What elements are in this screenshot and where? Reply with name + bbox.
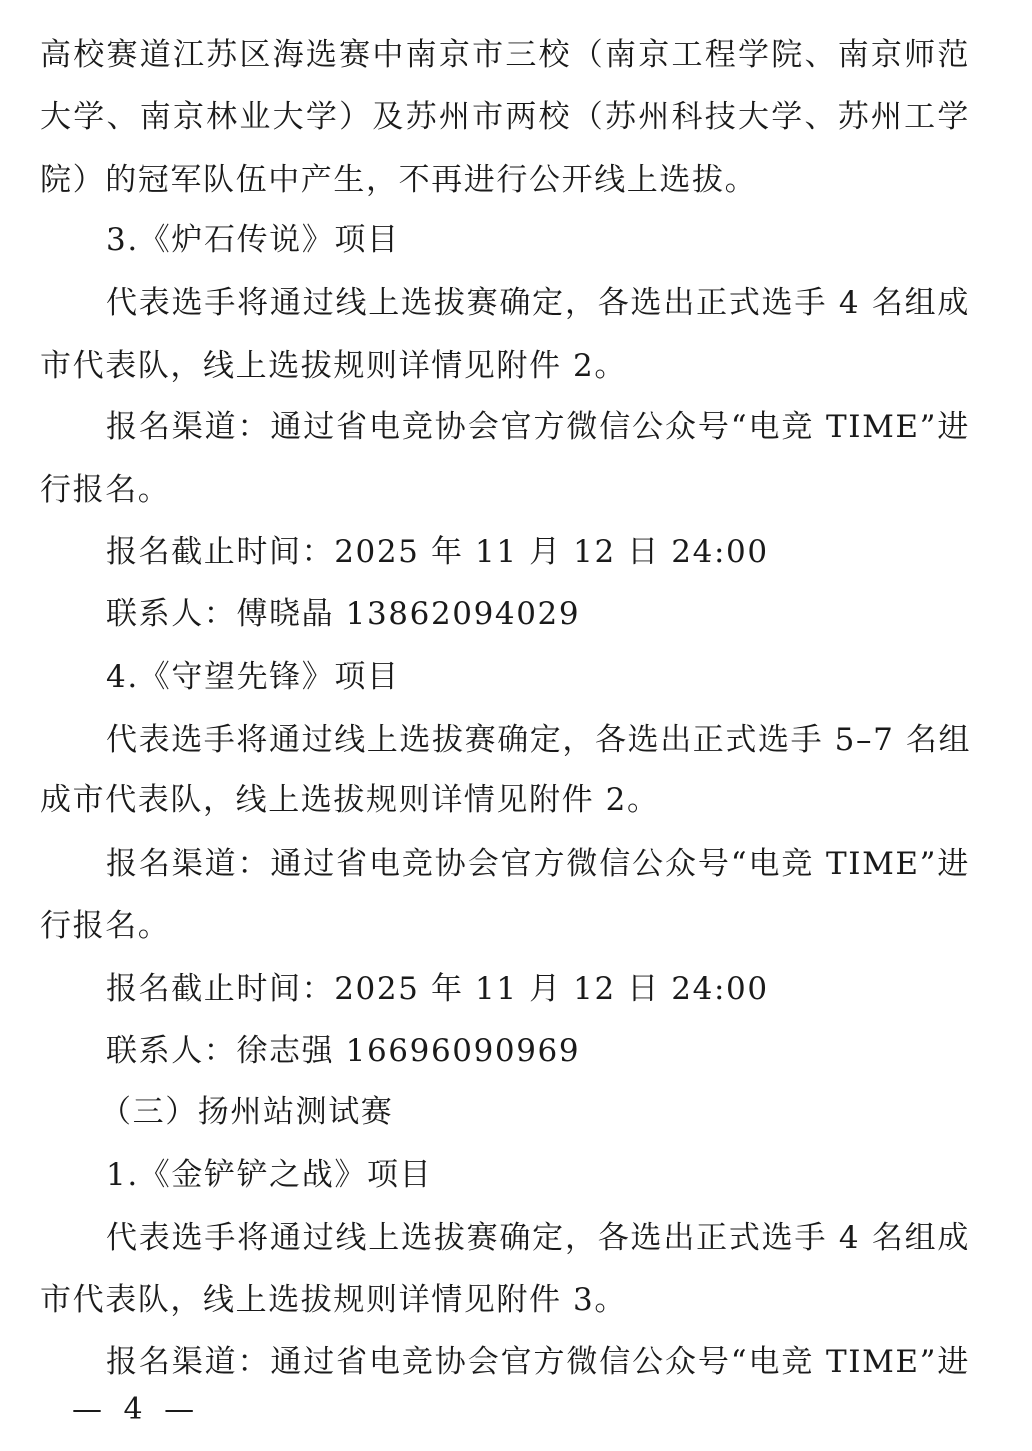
registration-deadline-1: 报名截止时间：2025 年 11 月 12 日 24:00 — [106, 530, 970, 574]
paragraph-line-3: 院）的冠军队伍中产生，不再进行公开线上选拔。 — [40, 158, 970, 202]
paragraph-line-1: 高校赛道江苏区海选赛中南京市三校（南京工程学院、南京师范 — [40, 33, 970, 77]
section-heading-overwatch: 4.《守望先锋》项目 — [106, 655, 970, 699]
paragraph-line-2: 大学、南京林业大学）及苏州市两校（苏州科技大学、苏州工学 — [40, 95, 970, 139]
paragraph-line-20: 代表选手将通过线上选拔赛确定，各选出正式选手 4 名组成 — [106, 1216, 970, 1260]
contact-person-2: 联系人：徐志强 16696090969 — [106, 1029, 970, 1073]
paragraph-line-6: 市代表队，线上选拔规则详情见附件 2。 — [40, 344, 970, 388]
paragraph-line-13: 成市代表队，线上选拔规则详情见附件 2。 — [40, 778, 970, 822]
registration-channel-line-5: 报名渠道：通过省电竞协会官方微信公众号“电竞 TIME”进 — [106, 1340, 970, 1384]
registration-channel-line-4: 行报名。 — [40, 904, 970, 948]
registration-channel-line-2: 行报名。 — [40, 468, 970, 512]
paragraph-line-12: 代表选手将通过线上选拔赛确定，各选出正式选手 5–7 名组 — [106, 718, 970, 762]
registration-channel-line-1: 报名渠道：通过省电竞协会官方微信公众号“电竞 TIME”进 — [106, 405, 970, 449]
registration-deadline-2: 报名截止时间：2025 年 11 月 12 日 24:00 — [106, 967, 970, 1011]
page-number: — 4 — — [72, 1390, 200, 1430]
section-heading-hearthstone: 3.《炉石传说》项目 — [106, 218, 970, 262]
contact-person-1: 联系人：傅晓晶 13862094029 — [106, 592, 970, 636]
section-heading-golden-spatula: 1.《金铲铲之战》项目 — [106, 1153, 970, 1197]
paragraph-line-5: 代表选手将通过线上选拔赛确定，各选出正式选手 4 名组成 — [106, 281, 970, 325]
section-heading-yangzhou: （三）扬州站测试赛 — [100, 1090, 1030, 1134]
registration-channel-line-3: 报名渠道：通过省电竞协会官方微信公众号“电竞 TIME”进 — [106, 842, 970, 886]
paragraph-line-21: 市代表队，线上选拔规则详情见附件 3。 — [40, 1278, 970, 1322]
document-page: 高校赛道江苏区海选赛中南京市三校（南京工程学院、南京师范 大学、南京林业大学）及… — [0, 0, 1032, 1451]
